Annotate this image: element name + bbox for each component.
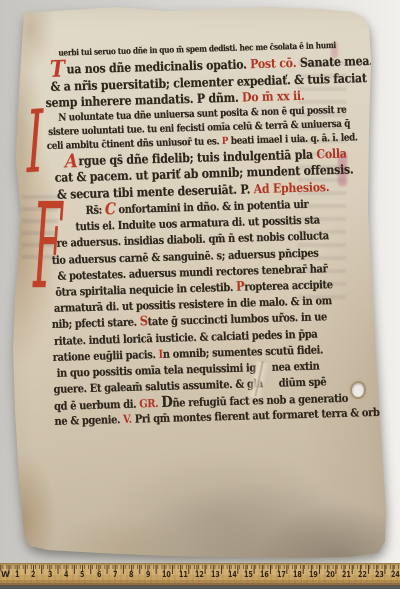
rubric-segment: Ad Ephesios. xyxy=(253,179,329,196)
ruler-number: 13 xyxy=(211,570,220,579)
text-segment: Sanate mea. xyxy=(300,53,373,70)
text-segment: Rs̄: xyxy=(85,202,105,217)
text-segment: T xyxy=(50,64,65,74)
ruler-number: 11 xyxy=(179,570,188,579)
text-segment: nea extin xyxy=(271,358,319,373)
ruler-number: 9 xyxy=(146,570,150,579)
ruler-number: 4 xyxy=(64,570,68,579)
manuscript-page: I F uerbi tui seruo tuo dñe in quo m̄ sp… xyxy=(0,0,400,589)
text-segment: diūm spē xyxy=(278,374,326,389)
ruler-number: 5 xyxy=(80,570,84,579)
pencil-folio-number: 86 xyxy=(379,18,394,31)
text-segment: beati imael i uia. q. ā. ī. led. xyxy=(231,132,358,147)
rubric-segment: Post cō. xyxy=(250,55,300,71)
ruler-number: 12 xyxy=(195,570,204,579)
text-segment: ratione euḡlii pacis. xyxy=(52,347,158,364)
text-segment: A xyxy=(65,156,78,166)
table-edge-shadow xyxy=(0,585,400,589)
ruler-number: 23 xyxy=(375,570,384,579)
ruler-number: 17 xyxy=(277,570,286,579)
ruler-number: 6 xyxy=(97,570,101,579)
text-segment: nib; pfecti stare. xyxy=(52,315,140,331)
rubric-segment: Colla xyxy=(316,145,347,161)
ruler-number: 22 xyxy=(358,570,367,579)
ruler-number: 2 xyxy=(31,570,35,579)
text-segment: C xyxy=(105,204,116,214)
manuscript-text: uerbi tui seruo tuo dñe in quo m̄ spem d… xyxy=(44,38,365,429)
ruler-number: 18 xyxy=(293,570,302,579)
ruler-number: 14 xyxy=(228,570,237,579)
text-segment: ne & pgenie. xyxy=(54,412,123,428)
ruler-number: 19 xyxy=(309,570,318,579)
ruler-number: 3 xyxy=(48,570,52,579)
ruler-number: 20 xyxy=(326,570,335,579)
manuscript-photo: I F uerbi tui seruo tuo dñe in quo m̄ sp… xyxy=(0,0,400,589)
text-segment: D xyxy=(161,393,173,411)
illuminated-initial-I: I xyxy=(26,111,44,174)
ruler: W 12345678910111213141516171819202122232… xyxy=(0,563,400,585)
ruler-number: 21 xyxy=(342,570,351,579)
ruler-number: 8 xyxy=(129,570,133,579)
ruler-number: 1 xyxy=(15,570,19,579)
rubric-segment: Do m̄ xx ii. xyxy=(242,88,305,105)
ruler-number: 7 xyxy=(113,570,117,579)
rubric-segment: V. xyxy=(123,412,135,426)
text-segment: ropterea accipite xyxy=(244,277,333,293)
wormhole xyxy=(352,383,364,397)
rubric-segment: GR. xyxy=(139,396,161,411)
ruler-number: 24 xyxy=(391,570,400,579)
ruler-number: 10 xyxy=(162,570,171,579)
page-wrap: I F uerbi tui seruo tuo dñe in quo m̄ sp… xyxy=(0,0,400,589)
ruler-number: 15 xyxy=(244,570,253,579)
ruler-left-mark: W xyxy=(1,570,10,579)
ruler-number: 16 xyxy=(260,570,269,579)
